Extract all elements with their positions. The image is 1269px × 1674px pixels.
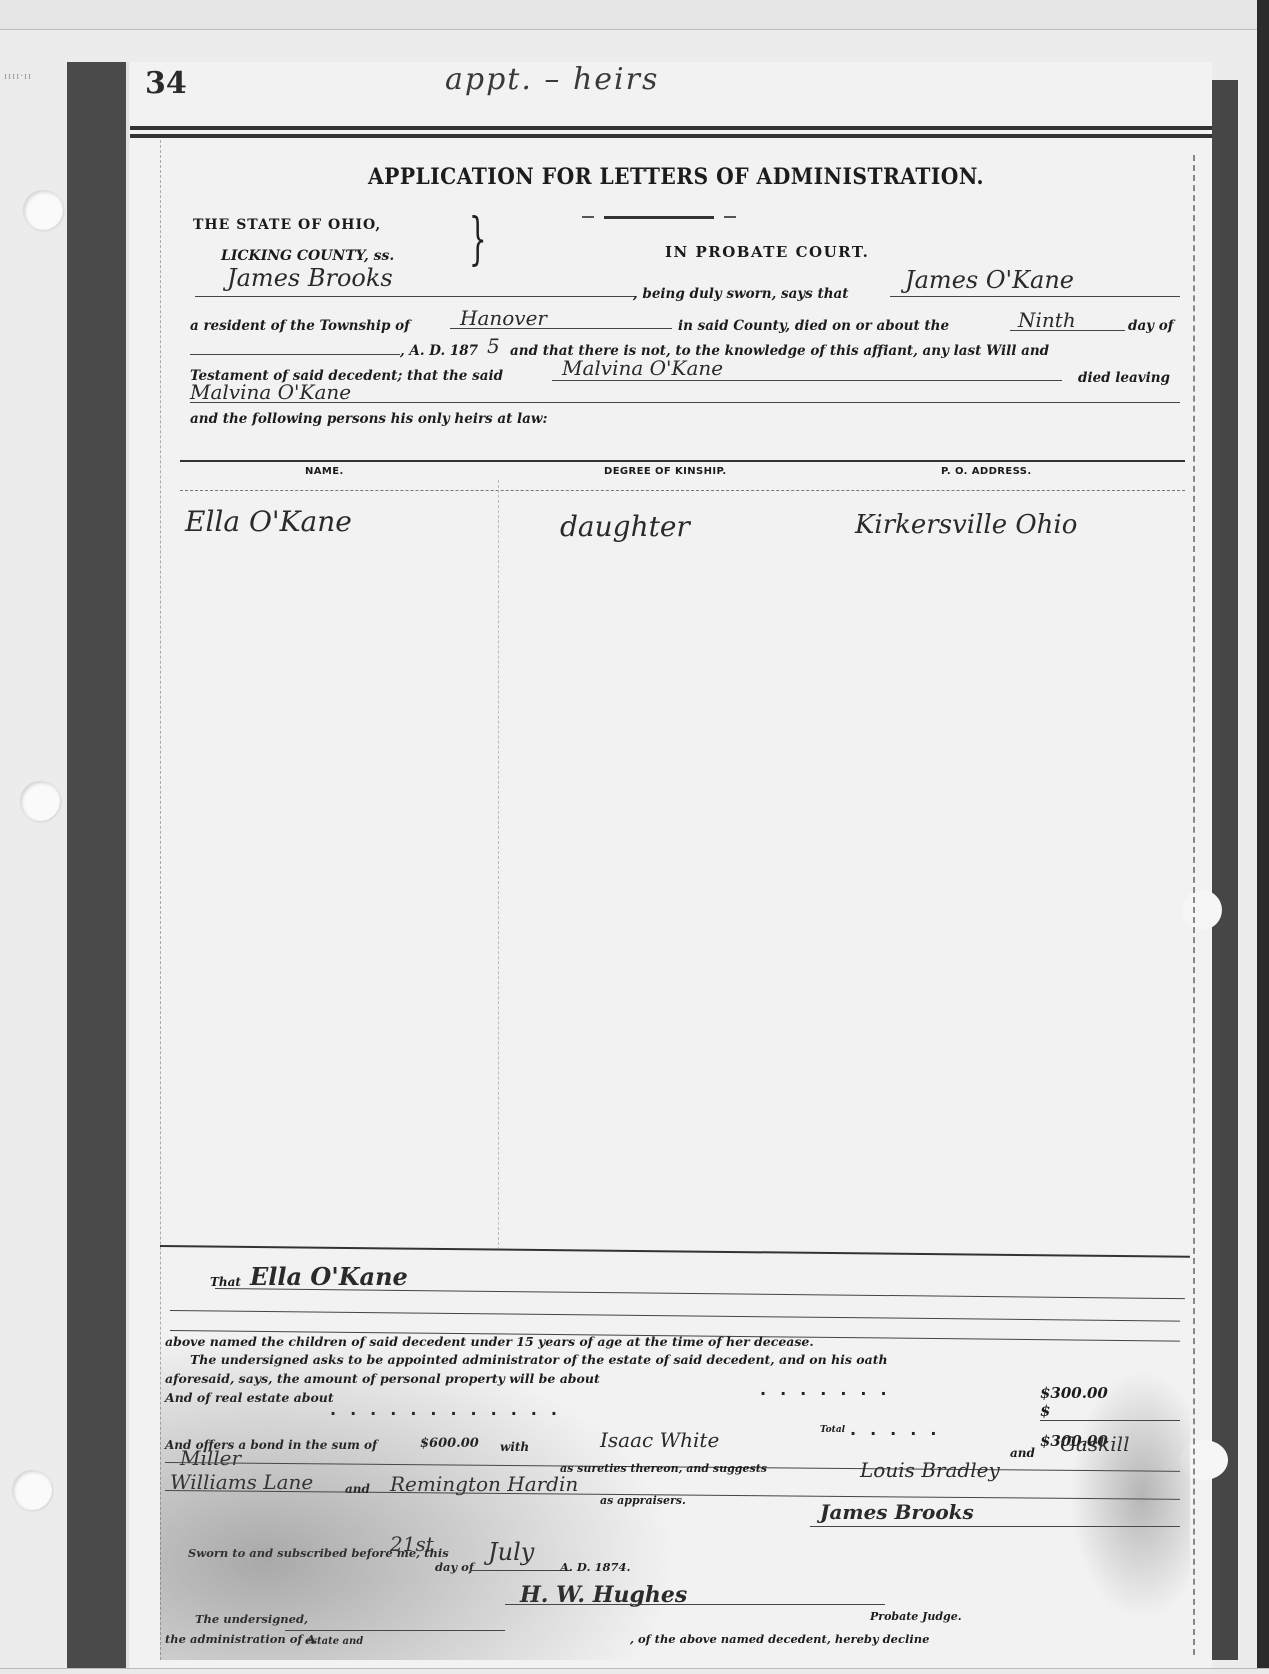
blank-line xyxy=(552,380,1062,381)
bottom-paper-edge xyxy=(0,1668,1269,1674)
judge-title: Probate Judge. xyxy=(870,1610,962,1623)
minor-name: Ella O'Kane xyxy=(250,1262,408,1291)
affidavit-text: died leaving xyxy=(1078,370,1170,386)
brace-icon: } xyxy=(469,212,487,268)
column-header-name: NAME. xyxy=(305,466,344,477)
blank-line xyxy=(195,296,635,297)
punch-hole-icon xyxy=(1182,890,1222,930)
scanned-sheet: ɪɪɪɪ∙ɪɪ 34 appt. – heirs APPLICATION FOR… xyxy=(0,0,1269,1674)
affidavit-text: , being duly sworn, says that xyxy=(633,286,849,302)
venue-court: IN PROBATE COURT. xyxy=(665,243,869,261)
page-number: 34 xyxy=(145,66,187,101)
left-binding-strip xyxy=(67,62,129,1668)
scan-noise xyxy=(160,1330,680,1660)
punch-hole-icon xyxy=(20,781,60,821)
affidavit-text: and the following persons his only heirs… xyxy=(190,411,548,427)
page-title: APPLICATION FOR LETTERS OF ADMINISTRATIO… xyxy=(368,164,984,190)
venue-state: THE STATE OF OHIO, xyxy=(193,217,381,233)
affidavit-text: a resident of the Township of xyxy=(190,318,410,334)
blank-line xyxy=(1010,330,1125,331)
death-year-digit: 5 xyxy=(487,334,500,358)
header-double-rule xyxy=(130,126,1212,138)
death-day: Ninth xyxy=(1018,308,1076,332)
affidavit-text: day of xyxy=(1128,318,1174,334)
real-estate-amount: $ xyxy=(1040,1402,1050,1420)
column-divider xyxy=(498,480,499,1250)
applicant-signature: James Brooks xyxy=(820,1500,974,1524)
venue-county: LICKING COUNTY, ss. xyxy=(221,248,394,264)
affiant-name: James Brooks xyxy=(227,264,393,292)
that-label: That xyxy=(210,1275,241,1289)
punch-hole-icon xyxy=(23,190,63,230)
appraiser-1: Louis Bradley xyxy=(860,1458,1000,1482)
title-ornament xyxy=(604,216,714,219)
blank-line xyxy=(190,354,400,355)
blank-line xyxy=(890,296,1180,297)
leader-dots: ....... xyxy=(760,1380,901,1399)
left-binding-edge xyxy=(126,62,129,1668)
scan-noise xyxy=(1070,1370,1190,1620)
township-name: Hanover xyxy=(460,306,547,330)
total-label: Total xyxy=(820,1425,845,1435)
punch-hole-icon xyxy=(12,1470,52,1510)
right-scan-edge xyxy=(1257,0,1269,1674)
right-binding-strip xyxy=(1212,80,1238,1660)
table-top-rule xyxy=(180,460,1185,462)
said-person-name: Malvina O'Kane xyxy=(562,356,723,380)
margin-rule xyxy=(1193,155,1195,1655)
margin-annotation: appt. – heirs xyxy=(445,62,659,97)
leader-dots: ..... xyxy=(850,1420,950,1439)
column-header-address: P. O. ADDRESS. xyxy=(941,466,1032,477)
blank-line xyxy=(190,402,1180,403)
bond-text: and xyxy=(1010,1446,1035,1460)
table-header-rule xyxy=(180,490,1185,491)
blank-line xyxy=(450,328,672,329)
heir-name: Ella O'Kane xyxy=(185,505,352,538)
heir-kinship: daughter xyxy=(560,510,690,543)
top-paper-edge xyxy=(0,0,1269,30)
affidavit-text: in said County, died on or about the xyxy=(678,318,949,334)
decedent-name: James O'Kane xyxy=(905,266,1074,294)
heir-address: Kirkersville Ohio xyxy=(855,510,1077,540)
faint-bleed-through-text: ɪɪɪɪ∙ɪɪ xyxy=(4,70,32,82)
widow-name: Malvina O'Kane xyxy=(190,380,351,404)
column-header-kinship: DEGREE OF KINSHIP. xyxy=(604,466,727,477)
affidavit-text: , A. D. 187 xyxy=(400,343,478,359)
